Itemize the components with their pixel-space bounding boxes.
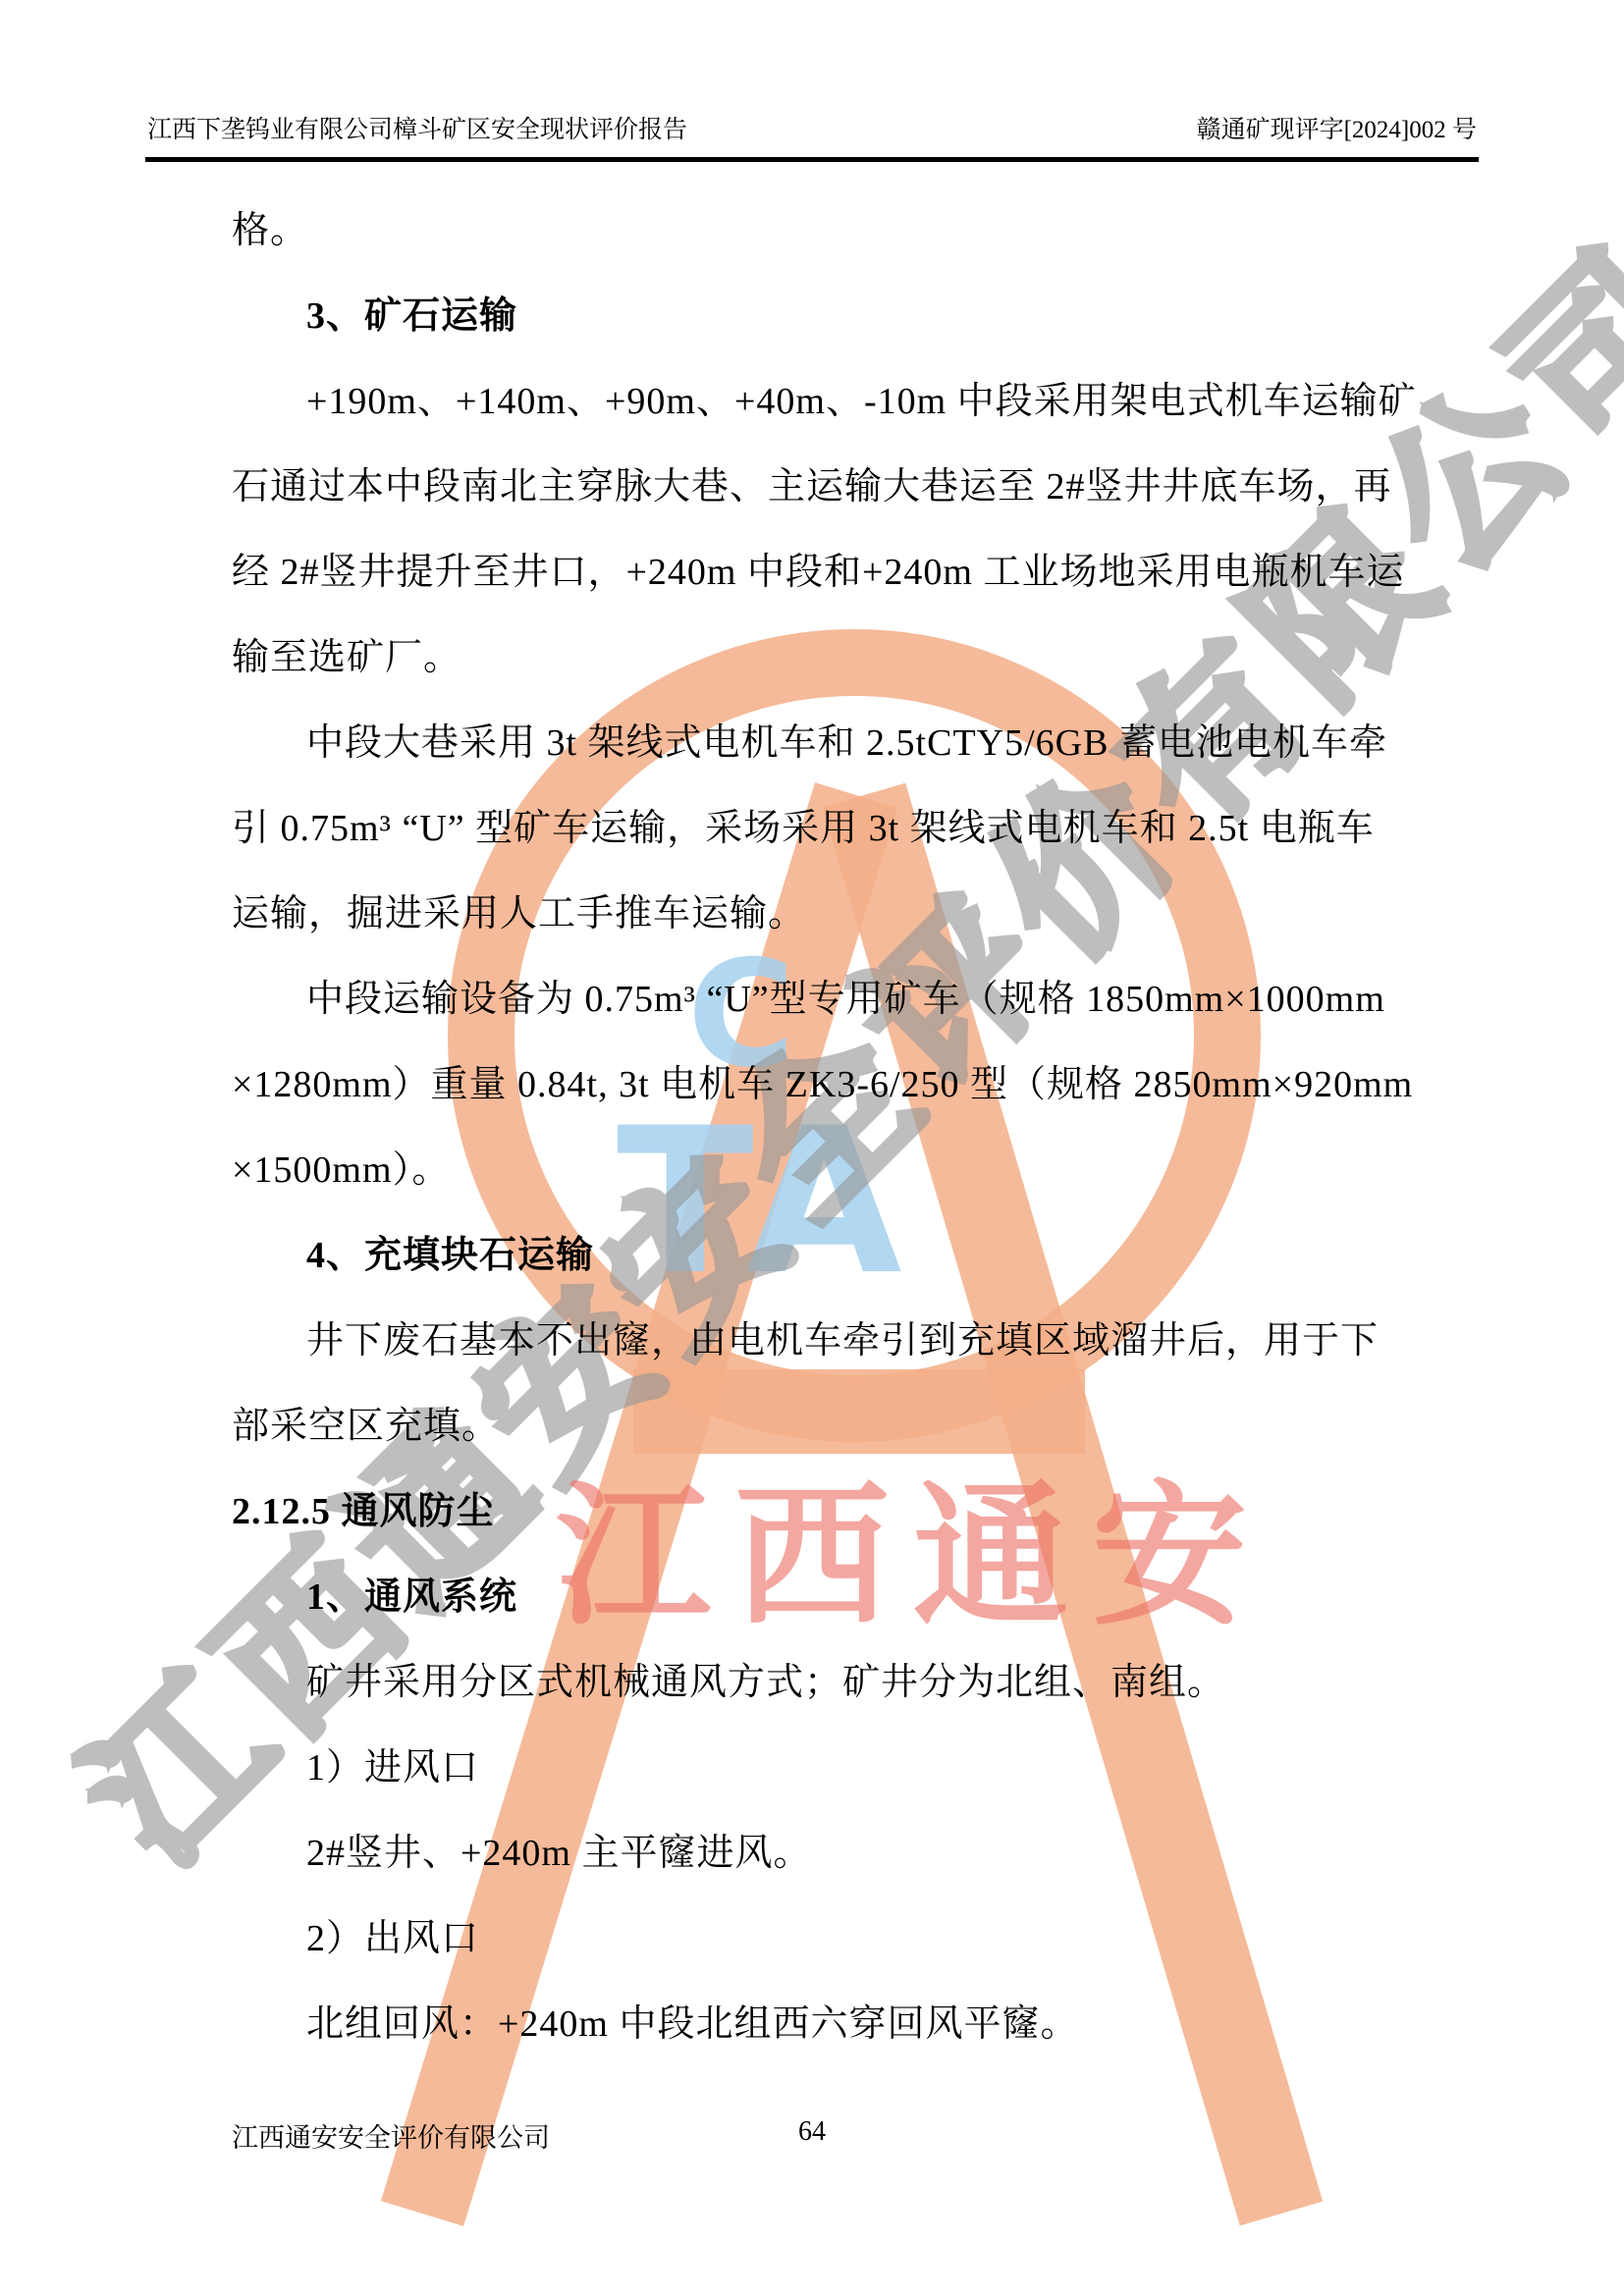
heading-line: 3、矿石运输 [232, 274, 1452, 359]
body-line: 运输，掘进采用人工手推车运输。 [232, 872, 1452, 957]
body-line: 部采空区充填。 [232, 1384, 1452, 1469]
body-line: 北组回风：+240m 中段北组西六穿回风平窿。 [232, 1982, 1452, 2067]
body-line: +190m、+140m、+90m、+40m、-10m 中段采用架电式机车运输矿 [232, 359, 1452, 445]
body-line: 中段大巷采用 3t 架线式电机车和 2.5tCTY5/6GB 蓄电池电机车牵 [232, 701, 1452, 786]
body-line: 输至选矿厂。 [232, 615, 1452, 701]
body-line: 矿井采用分区式机械通风方式；矿井分为北组、南组。 [232, 1640, 1452, 1726]
heading-line: 1、通风系统 [232, 1555, 1452, 1640]
body-line: 中段运输设备为 0.75m³ “U”型专用矿车（规格 1850mm×1000mm [232, 957, 1452, 1042]
header-report-title: 江西下垄钨业有限公司樟斗矿区安全现状评价报告 [147, 110, 687, 145]
document-page: C TA 江西通安安全评价有限公司 江西通安 江西下垄钨业有限公司樟斗矿区安全现… [0, 0, 1624, 2296]
body-line: 2）出风口 [232, 1896, 1452, 1982]
body-line: 石通过本中段南北主穿脉大巷、主运输大巷运至 2#竖井井底车场，再 [232, 445, 1452, 530]
body-lines: 格。3、矿石运输+190m、+140m、+90m、+40m、-10m 中段采用架… [232, 188, 1452, 2067]
body-line: 1）进风口 [232, 1726, 1452, 1811]
body-line: 引 0.75m³ “U” 型矿车运输，采场采用 3t 架线式电机车和 2.5t … [232, 786, 1452, 872]
header-rule [145, 157, 1479, 162]
body-line: ×1500mm）。 [232, 1128, 1452, 1213]
body-line: 格。 [232, 188, 1452, 274]
body-line: 经 2#竖井提升至井口，+240m 中段和+240m 工业场地采用电瓶机车运 [232, 530, 1452, 615]
heading-line: 4、充填块石运输 [232, 1213, 1452, 1299]
page-header: 江西下垄钨业有限公司樟斗矿区安全现状评价报告 赣通矿现评字[2024]002 号 [147, 110, 1477, 145]
heading-line: 2.12.5 通风防尘 [232, 1469, 1452, 1555]
body-line: 井下废石基本不出窿，由电机车牵引到充填区域溜井后，用于下 [232, 1299, 1452, 1384]
body-line: ×1280mm）重量 0.84t, 3t 电机车 ZK3-6/250 型（规格 … [232, 1042, 1452, 1128]
body-line: 2#竖井、+240m 主平窿进风。 [232, 1811, 1452, 1896]
footer-page-number: 64 [0, 2116, 1624, 2148]
header-document-number: 赣通矿现评字[2024]002 号 [1197, 110, 1477, 145]
